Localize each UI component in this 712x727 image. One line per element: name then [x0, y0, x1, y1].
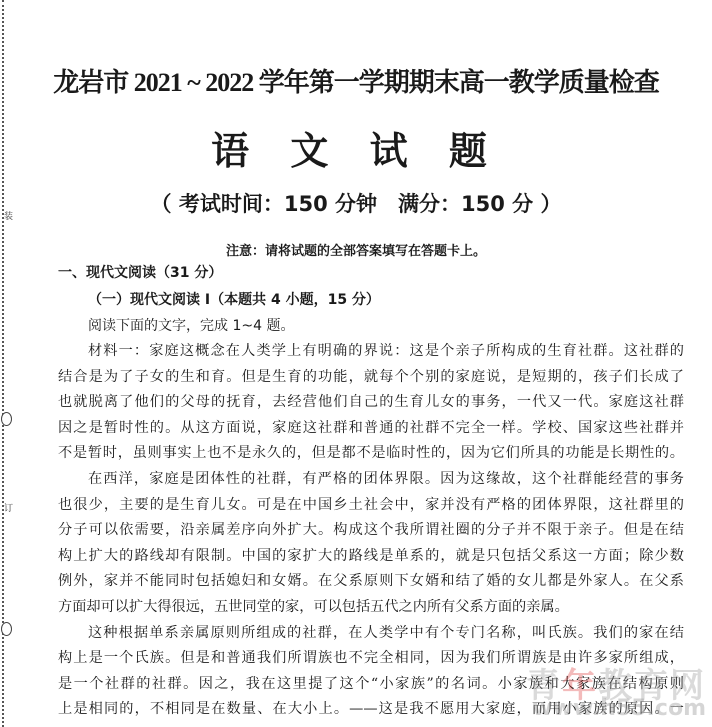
- passage-line: 结合是为了子女的生和育。但是生育的功能，就每个个别的家庭说，是短期的，孩子们长成…: [58, 365, 684, 391]
- passage-line: 不是暂时，虽则事实上也不是永久的，但是都不是临时性的，因为它们所具的功能是长期性…: [58, 441, 684, 467]
- passage-line: 因之是暂时性的。从这方面说，家庭这社群和普通的社群不完全一样。学校、国家这些社群…: [58, 416, 684, 442]
- notice: 注意：请将试题的全部答案填写在答题卡上。: [0, 240, 712, 259]
- section-title: 一、现代文阅读（31 分）: [58, 262, 222, 282]
- passage-line: 构上扩大的路线却有限制。中国的家扩大的路线是单系的，就是只包括父系这一方面；除少…: [58, 544, 684, 570]
- passage-line: 在西洋，家庭是团体性的社群，有严格的团体界限。因为这缘故，这个社群能经营的事务: [58, 467, 684, 493]
- watermark-url: www.h55.com: [532, 696, 706, 721]
- binding-margin-line: 装 订: [2, 0, 4, 727]
- instruction: 阅读下面的文字，完成 1~4 题。: [88, 315, 294, 335]
- passage-line: 也很少，主要的是生育儿女。可是在中国乡土社会中，家并没有严格的团体界限，这社群里…: [58, 493, 684, 519]
- binding-hole-icon: [1, 622, 12, 636]
- passage-line: 这种根据单系亲属原则所组成的社群，在人类学中有个专门名称，叫氏族。我们的家在结: [58, 621, 684, 647]
- binding-char: 订: [4, 504, 13, 514]
- passage-line: 例外，家并不能同时包括媳妇和女婿。在父系原则下女婿和结了婚的女儿都是外家人。在父…: [58, 569, 684, 595]
- exam-title: 龙岩市 2021 ~ 2022 学年第一学期期末高一教学质量检查: [0, 62, 712, 99]
- passage-line: 材料一：家庭这概念在人类学上有明确的界说：这是个亲子所构成的生育社群。这社群的: [58, 339, 684, 365]
- passage-line: 分子可以依需要，沿亲属差序向外扩大。构成这个我所谓社圈的分子并不限于亲子。但是在…: [58, 518, 684, 544]
- subsection-title: （一）现代文阅读 I（本题共 4 小题，15 分）: [88, 289, 380, 309]
- passage-line: 方面却可以扩大得很远，五世同堂的家，可以包括五代之内所有父系方面的亲属。: [58, 595, 684, 621]
- binding-hole-icon: [1, 412, 12, 426]
- subject-title: 语 文 试 题: [0, 120, 712, 175]
- exam-info: （ 考试时间：150 分钟 满分：150 分 ）: [0, 188, 712, 218]
- passage-line: 也就脱离了他们的父母的抚育，去经营他们自己的生育儿女的事务，一代又一代。家庭这社…: [58, 390, 684, 416]
